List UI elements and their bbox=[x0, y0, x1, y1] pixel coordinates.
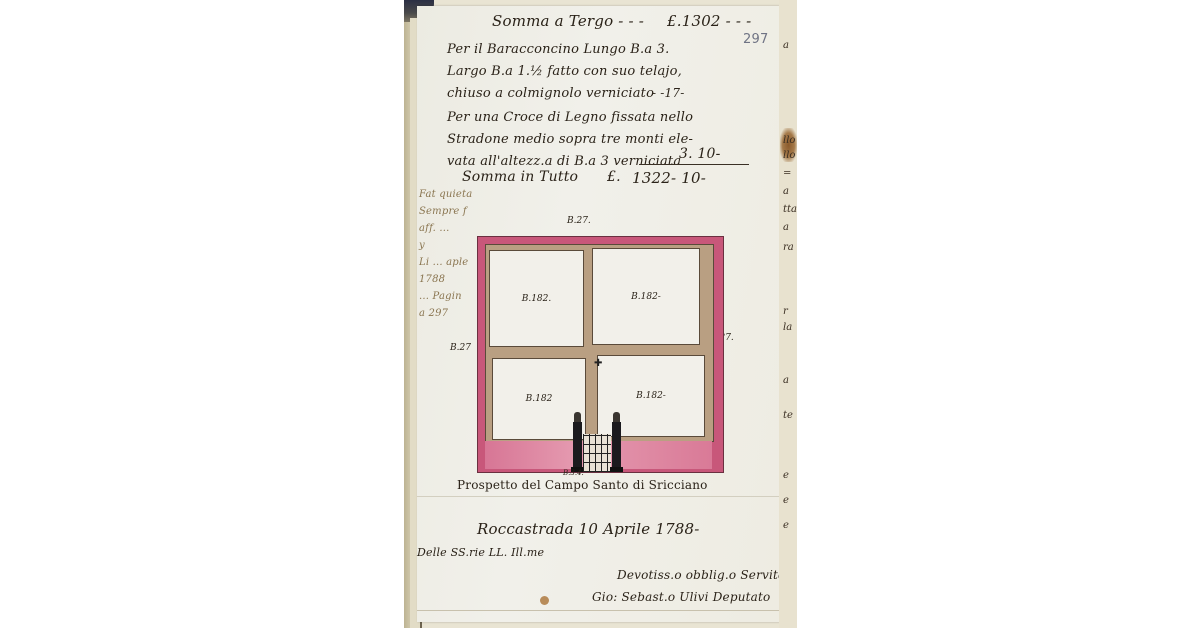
plan-top-dimension: B.27. bbox=[567, 216, 591, 226]
gate-icon bbox=[571, 414, 623, 474]
text-fragment: a bbox=[783, 186, 789, 197]
cemetery-paths: B.182. B.182- B.182 B.182- ✚ bbox=[485, 244, 714, 442]
text-fragment: a bbox=[783, 375, 789, 386]
text-fragment: ra bbox=[783, 242, 794, 253]
margin-note: Fat quieta Sempre f aff. ... y Li ... ap… bbox=[419, 186, 472, 322]
gate-bars bbox=[583, 434, 611, 472]
entry-line: chiuso a colmignolo verniciato bbox=[447, 86, 654, 101]
entry-line: Stradone medio sopra tre monti ele- bbox=[447, 132, 693, 147]
cemetery-plan-drawing: B.182. B.182- B.182 B.182- ✚ bbox=[477, 236, 722, 474]
page-lower-edge bbox=[417, 610, 779, 611]
adjacent-page-edge: a llo llo = a tta a ra r la a te e e e bbox=[779, 0, 797, 628]
total-currency: £. bbox=[607, 169, 621, 185]
gate-pillar-left bbox=[573, 422, 582, 472]
text-fragment: tta bbox=[783, 204, 797, 215]
folio-number: 297 bbox=[743, 32, 768, 47]
header-leader: - - - bbox=[618, 12, 644, 30]
place-date: Roccastrada 10 Aprile 1788- bbox=[477, 520, 700, 538]
text-fragment: la bbox=[783, 322, 792, 333]
margin-note-line: Fat quieta bbox=[419, 186, 472, 203]
signature: Gio: Sebast.o Ulivi Deputato bbox=[592, 590, 770, 604]
margin-note-line: ... Pagin bbox=[419, 288, 472, 305]
manuscript-scan: Somma a Tergo - - - £.1302 - - - 297 Per… bbox=[404, 0, 797, 628]
entry-line: vata all'altezz.a di B.a 3 verniciata bbox=[447, 154, 681, 169]
text-fragment: a bbox=[783, 222, 789, 233]
text-fragment: a bbox=[783, 40, 789, 51]
entry-amount: 3. 10- bbox=[679, 146, 721, 162]
margin-note-line: aff. ... bbox=[419, 220, 472, 237]
plan-left-dimension: B.27 bbox=[450, 343, 471, 353]
salutation: Delle SS.rie LL. Ill.me bbox=[417, 546, 544, 559]
text-fragment: r bbox=[783, 306, 788, 317]
total-label: Somma in Tutto bbox=[462, 169, 578, 185]
text-fragment: e bbox=[783, 495, 789, 506]
text-fragment: llo bbox=[783, 150, 795, 161]
header-trail: - - - bbox=[726, 12, 752, 30]
entry-line: Per il Baracconcino Lungo B.a 3. bbox=[447, 42, 669, 57]
manuscript-page: Somma a Tergo - - - £.1302 - - - 297 Per… bbox=[417, 6, 779, 622]
closing: Devotiss.o obblig.o Servitore bbox=[617, 568, 797, 582]
header-amount: 1302 bbox=[682, 12, 721, 30]
margin-note-line: a 297 bbox=[419, 305, 472, 322]
header-line: Somma a Tergo - - - £.1302 - - - bbox=[492, 12, 751, 30]
text-fragment: te bbox=[783, 410, 793, 421]
text-fragment: llo bbox=[783, 135, 795, 146]
entry-line: Largo B.a 1.½ fatto con suo telajo, bbox=[447, 64, 682, 79]
total-amount: 1322- 10- bbox=[632, 169, 706, 187]
gate-dimension: B.3.4. bbox=[563, 469, 584, 477]
margin-note-line: y bbox=[419, 237, 472, 254]
margin-note-line: Li ... aple bbox=[419, 254, 472, 271]
text-fragment: e bbox=[783, 470, 789, 481]
header-label: Somma a Tergo bbox=[492, 12, 613, 30]
entry-amount: - -17- bbox=[652, 86, 684, 100]
cross-icon: ✚ bbox=[594, 358, 602, 369]
header-currency: £. bbox=[667, 12, 682, 30]
text-fragment: = bbox=[783, 168, 791, 179]
fold-line bbox=[417, 496, 779, 497]
text-fragment: e bbox=[783, 520, 789, 531]
margin-note-line: Sempre f bbox=[419, 203, 472, 220]
margin-note-line: 1788 bbox=[419, 271, 472, 288]
sum-rule bbox=[639, 164, 749, 165]
gate-pillar-right bbox=[612, 422, 621, 472]
ink-stain bbox=[540, 596, 549, 605]
burial-plot: B.182- bbox=[592, 248, 700, 345]
entry-line: Per una Croce di Legno fissata nello bbox=[447, 110, 693, 125]
burial-plot: B.182. bbox=[489, 250, 584, 347]
plan-caption: Prospetto del Campo Santo di Sricciano bbox=[457, 478, 708, 492]
